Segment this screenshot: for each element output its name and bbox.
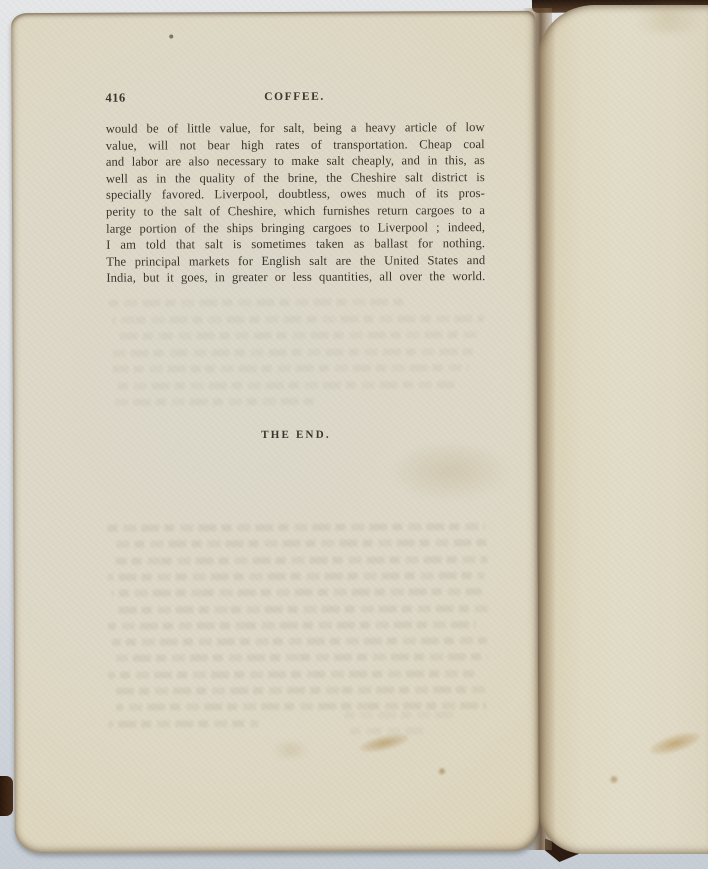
body-line: The principal markets for English salt a… <box>106 252 485 270</box>
body-line: and labor are also necessary to make sal… <box>106 152 485 170</box>
ghost-text-line <box>116 605 490 614</box>
book-cover-bottom-left-corner <box>0 776 13 816</box>
ghost-text-line <box>107 523 485 532</box>
ghost-text-line <box>112 588 482 597</box>
body-line: perity to the salt of Cheshire, which fu… <box>106 202 485 220</box>
body-line: large portion of the ships bringing carg… <box>106 219 485 237</box>
ghost-text-line <box>112 637 487 646</box>
ghost-text-line <box>108 621 476 630</box>
body-line: India, but it goes, in greater or less q… <box>106 268 485 286</box>
body-line: well as in the quality of the brine, the… <box>106 169 485 187</box>
page-header: 416 COFFEE. <box>106 89 484 107</box>
stain <box>609 775 619 784</box>
stain <box>627 3 708 33</box>
ghost-text-line <box>116 556 488 565</box>
ghost-text-line <box>108 298 408 306</box>
page-surface: 416 COFFEE. would be of little value, fo… <box>11 11 539 853</box>
ghost-text-line <box>108 720 258 728</box>
ghost-text-line <box>111 539 487 548</box>
ghost-text-line <box>109 348 475 357</box>
body-line: would be of little value, for salt, bein… <box>106 119 485 137</box>
right-page-fore-edge <box>539 5 708 854</box>
ghost-text-line <box>344 711 456 718</box>
ghost-text-line <box>116 702 486 711</box>
stain <box>267 742 313 758</box>
ghost-text-line <box>116 653 488 662</box>
ghost-text-line <box>112 686 486 695</box>
book-photo: 416 COFFEE. would be of little value, fo… <box>0 0 708 869</box>
body-line: I am told that salt is sometimes taken a… <box>106 235 485 253</box>
show-through-ghost-text <box>11 11 535 13</box>
ghost-text-line <box>109 398 314 406</box>
the-end-marker: THE END. <box>107 428 485 442</box>
stain <box>648 728 703 759</box>
body-line: value, will not bear high rates of trans… <box>106 136 485 154</box>
ghost-text-line <box>348 727 426 734</box>
running-header: COFFEE. <box>106 90 484 104</box>
ghost-text-line <box>117 381 459 389</box>
ghost-text-line <box>112 315 484 324</box>
speck <box>169 34 173 38</box>
ghost-text-line <box>117 331 479 340</box>
body-text: would be of little value, for salt, bein… <box>106 119 486 287</box>
stain <box>437 767 446 775</box>
ghost-text-line <box>108 670 474 679</box>
ghost-text-line <box>113 364 469 373</box>
stain <box>393 443 508 506</box>
left-page: 416 COFFEE. would be of little value, fo… <box>11 11 539 853</box>
ghost-text-line <box>108 572 485 581</box>
body-line: specially favored. Liverpool, doubtless,… <box>106 185 485 203</box>
